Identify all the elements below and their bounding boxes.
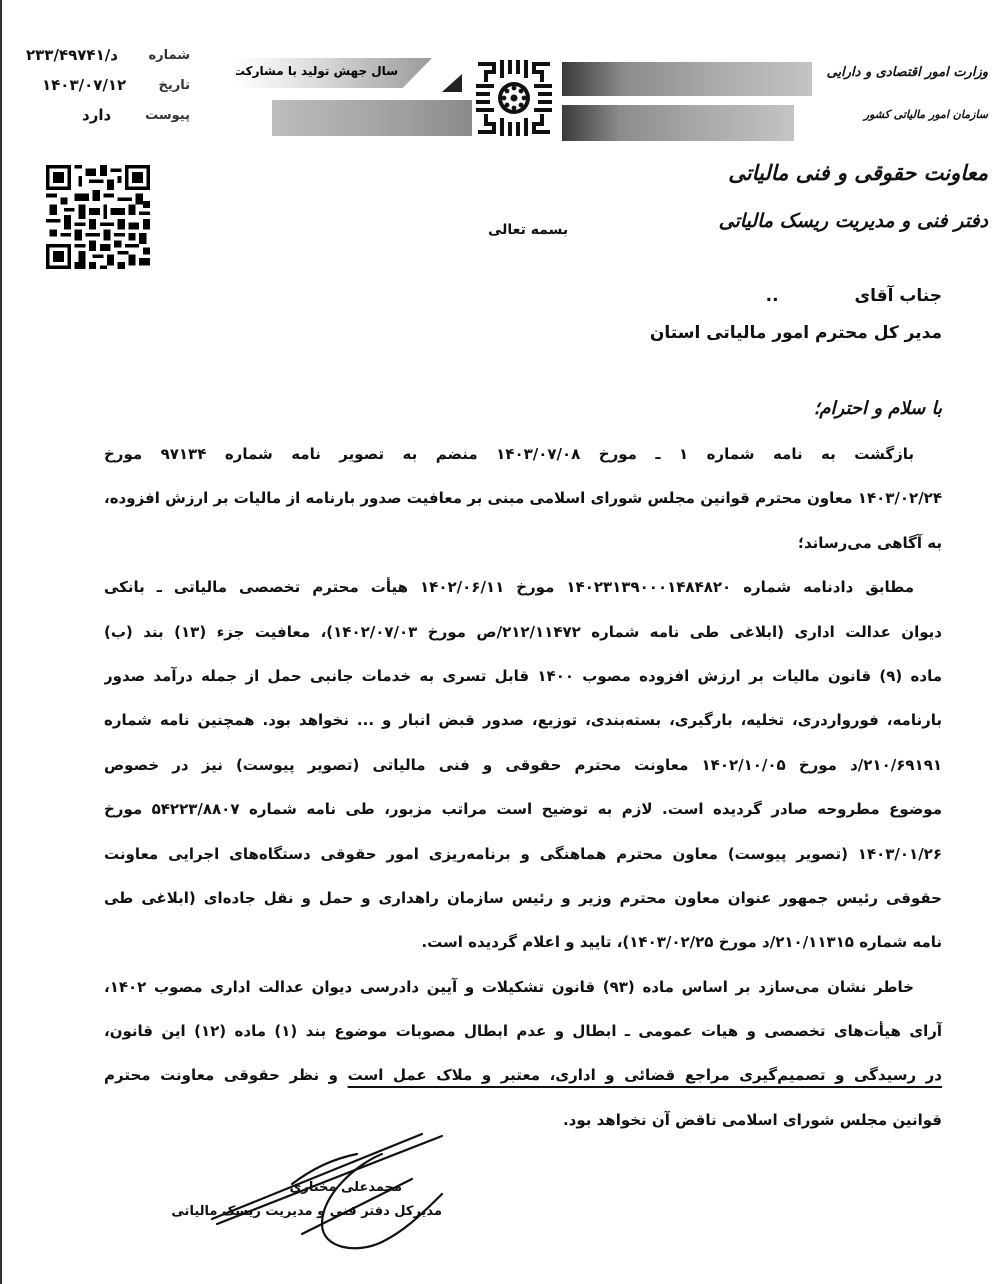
qr-code-icon xyxy=(46,162,150,272)
meta-number-row: شماره د/۲۳۳/۴۹۷۴۱ xyxy=(30,46,190,76)
organization-name: سازمان امور مالیاتی کشور xyxy=(788,104,988,126)
body-line: بارنامه، فورواردری، تخلیه، بارگیری، بسته… xyxy=(104,700,942,744)
meta-attachment-value: دارد xyxy=(82,106,111,124)
body-line: مطابق دادنامه شماره ۱۴۰۲۳۱۳۹۰۰۰۱۴۸۴۸۲۰ م… xyxy=(104,567,942,611)
body-line: ۱۴۰۳/۰۱/۲۶ (تصویر پیوست) معاون محترم هما… xyxy=(104,834,942,878)
body-segment: و نظر حقوقی معاونت محترم xyxy=(104,1066,348,1084)
signatory-title: مدیرکل دفتر فنی و مدیریت ریسک مالیاتی xyxy=(171,1204,442,1219)
body-line: موضوع مطروحه صادر گردیده است. لازم به تو… xyxy=(104,789,942,833)
greeting: با سلام و احترام؛ xyxy=(814,398,942,419)
body-line: ۲۱۰/۶۹۱۹۱/د مورخ ۱۴۰۲/۱۰/۰۵ معاونت محترم… xyxy=(104,745,942,789)
meta-attachment-row: پیوست دارد xyxy=(30,106,190,136)
addressee-line-2: مدیر کل محترم امور مالیاتی استان xyxy=(650,323,942,343)
redacted-area xyxy=(272,100,472,136)
letter-body: بازگشت به نامه شماره ۱ ـ مورخ ۱۴۰۳/۰۷/۰۸… xyxy=(104,434,942,1144)
body-line-underlined: در رسیدگی و تصمیم‌گیری مراجع قضائی و ادا… xyxy=(104,1055,942,1099)
meta-attachment-label: پیوست xyxy=(145,108,190,123)
body-line: خاطر نشان می‌سازد بر اساس ماده (۹۳) قانو… xyxy=(104,967,942,1011)
body-line: بازگشت به نامه شماره ۱ ـ مورخ ۱۴۰۳/۰۷/۰۸… xyxy=(104,434,942,478)
body-line: دیوان عدالت اداری (ابلاغی طی نامه شماره … xyxy=(104,612,942,656)
meta-date-value: ۱۴۰۳/۰۷/۱۲ xyxy=(42,76,126,94)
redacted-area xyxy=(562,105,794,141)
letter-meta: شماره د/۲۳۳/۴۹۷۴۱ تاریخ ۱۴۰۳/۰۷/۱۲ پیوست… xyxy=(30,46,190,136)
signatory-name: محمدعلی مختاری xyxy=(289,1180,402,1195)
tax-organization-emblem-icon xyxy=(474,58,554,138)
slogan-triangle-decoration xyxy=(442,74,462,92)
body-line: ماده (۹) قانون مالیات بر ارزش افزوده مصو… xyxy=(104,656,942,700)
addressee-redacted-name: .. xyxy=(766,286,779,306)
slogan-banner: سال جهش تولید با مشارکت مردم xyxy=(236,58,432,88)
body-line: حقوقی رئیس جمهور عنوان معاون محترم وزیر … xyxy=(104,878,942,922)
meta-number-value: د/۲۳۳/۴۹۷۴۱ xyxy=(26,46,118,64)
addressee-salutation: جناب آقای xyxy=(855,286,943,306)
office-name: دفتر فنی و مدیریت ریسک مالیاتی xyxy=(719,210,988,232)
addressee-line-1: جناب آقای .. xyxy=(766,286,942,306)
deputy-name: معاونت حقوقی و فنی مالیاتی xyxy=(728,160,988,185)
underlined-segment: در رسیدگی و تصمیم‌گیری مراجع قضائی و ادا… xyxy=(348,1066,942,1084)
body-line: نامه شماره ۲۱۰/۱۱۳۱۵/د مورخ ۱۴۰۳/۰۲/۲۵)،… xyxy=(104,922,942,966)
meta-date-label: تاریخ xyxy=(159,78,191,93)
body-line: به آگاهی می‌رساند؛ xyxy=(104,523,942,567)
letter-page: شماره د/۲۳۳/۴۹۷۴۱ تاریخ ۱۴۰۳/۰۷/۱۲ پیوست… xyxy=(0,0,1002,1284)
redacted-area xyxy=(562,62,812,96)
slogan-text: سال جهش تولید با مشارکت مردم xyxy=(199,64,398,78)
ministry-name: وزارت امور اقتصادی و دارایی xyxy=(788,60,988,86)
meta-date-row: تاریخ ۱۴۰۳/۰۷/۱۲ xyxy=(30,76,190,106)
organization-header: وزارت امور اقتصادی و دارایی سازمان امور … xyxy=(788,60,988,126)
meta-number-label: شماره xyxy=(148,48,190,63)
body-line: ۱۴۰۳/۰۲/۲۴ معاون محترم قوانین مجلس شورای… xyxy=(104,478,942,522)
body-line: آرای هیأت‌های تخصصی و هیات عمومی ـ ابطال… xyxy=(104,1011,942,1055)
basmala: بسمه تعالی xyxy=(488,222,568,238)
